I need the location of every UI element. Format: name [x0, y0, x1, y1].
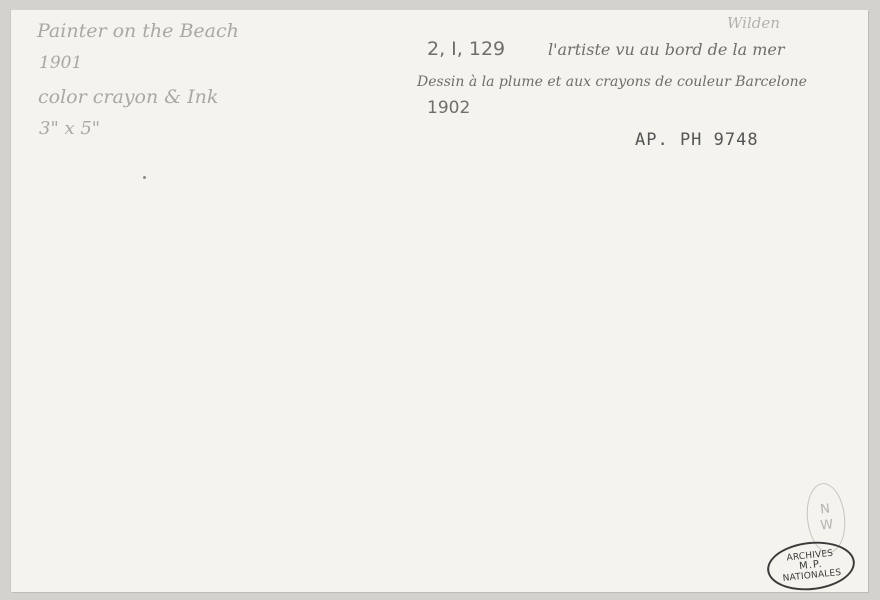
french-medium: Dessin à la plume et aux crayons de coul… — [417, 74, 807, 90]
french-year: 1902 — [427, 98, 470, 118]
artwork-dimensions: 3" x 5" — [39, 118, 100, 139]
artwork-medium: color crayon & Ink — [38, 86, 218, 108]
artwork-year: 1901 — [39, 53, 82, 73]
initial-w: W — [820, 517, 834, 534]
artwork-title: Painter on the Beach — [37, 20, 239, 42]
catalogue-reference: 2, I, 129 — [427, 38, 505, 60]
stamp-bottom-text: NATIONALES — [782, 568, 841, 584]
french-title: l'artiste vu au bord de la mer — [548, 40, 784, 59]
initial-n: N — [819, 502, 830, 519]
document-card: Painter on the Beach 1901 color crayon &… — [11, 10, 868, 592]
source-note: Wilden — [727, 14, 780, 32]
paper-speck — [143, 176, 146, 179]
inventory-number: AP. PH 9748 — [635, 130, 759, 150]
